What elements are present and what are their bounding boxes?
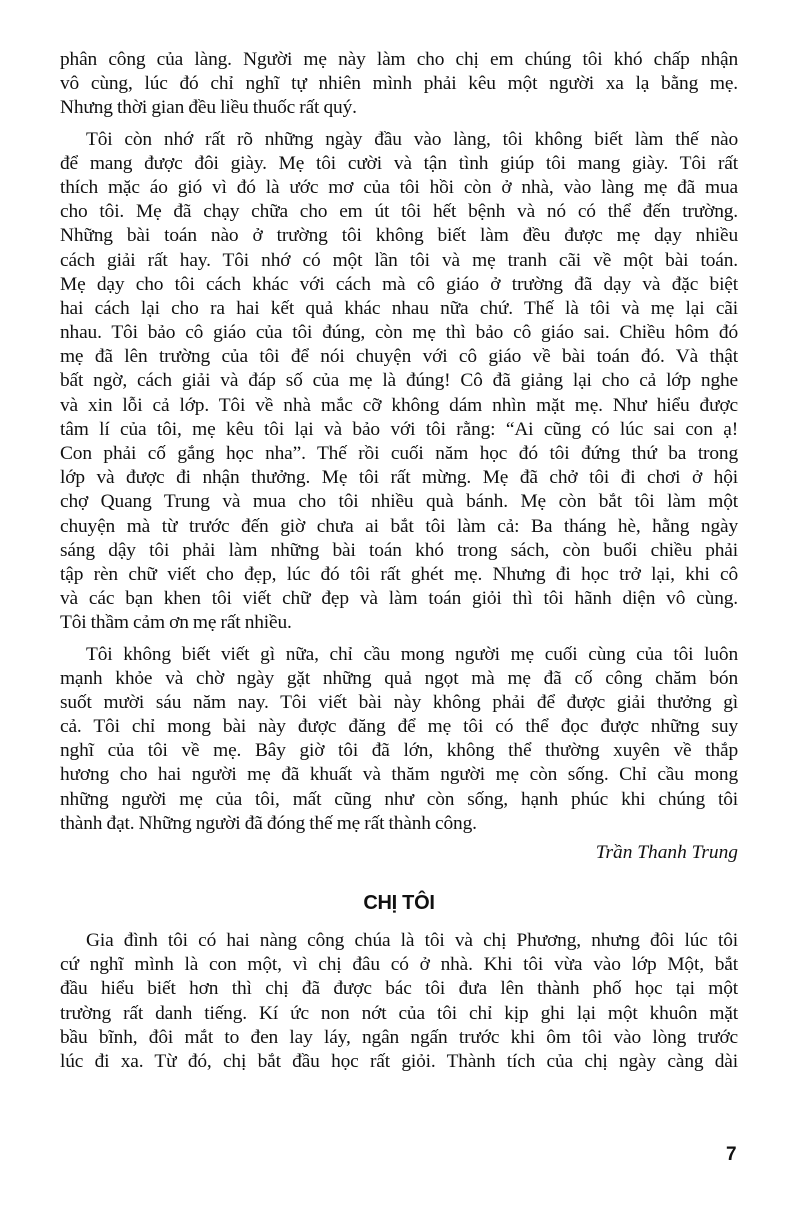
text-line: mẹ đã lên trường của tôi để nói chuyện v…	[60, 345, 738, 369]
paragraph-2: Tôi còn nhớ rất rõ những ngày đầu vào là…	[60, 128, 738, 636]
text-line: Tôi thầm cảm ơn mẹ rất nhiều.	[60, 611, 738, 635]
section-heading: CHỊ TÔI	[60, 888, 738, 918]
text-line: chợ Quang Trung và mua cho tôi nhiều quà…	[60, 490, 738, 514]
paragraph-1: phân công của làng. Người mẹ này làm cho…	[60, 48, 738, 121]
paragraph-3: Tôi không biết viết gì nữa, chỉ cầu mong…	[60, 643, 738, 837]
text-line: và xin lỗi cả lớp. Tôi về nhà mắc cỡ khô…	[60, 394, 738, 418]
text-line: thành đạt. Những người đã đóng thế mẹ rấ…	[60, 812, 738, 836]
author-signature: Trần Thanh Trung	[60, 838, 738, 868]
section-paragraph-1: Gia đình tôi có hai nàng công chúa là tô…	[60, 929, 738, 1074]
text-line: Tôi không biết viết gì nữa, chỉ cầu mong…	[60, 643, 738, 667]
text-line: tâm lí của tôi, mẹ kêu tôi lại và bảo vớ…	[60, 418, 738, 442]
text-line: lúc đi xa. Từ đó, chị bắt đầu học rất gi…	[60, 1050, 738, 1074]
text-line: Mẹ dạy cho tôi cách khác với cách mà cô …	[60, 273, 738, 297]
text-line: trường rất danh tiếng. Kí ức non nớt của…	[60, 1002, 738, 1026]
text-line: Tôi còn nhớ rất rõ những ngày đầu vào là…	[60, 128, 738, 152]
text-line: chuyện mà từ trước đến giờ chưa ai bắt t…	[60, 515, 738, 539]
text-line: cho tôi. Mẹ đã chạy chữa cho em út tôi h…	[60, 200, 738, 224]
page-number: 7	[726, 1144, 737, 1166]
text-line: cách giải rất hay. Tôi nhớ có một lần tô…	[60, 249, 738, 273]
text-line: suốt mười sáu năm nay. Tôi viết bài này …	[60, 691, 738, 715]
text-line: phân công của làng. Người mẹ này làm cho…	[60, 48, 738, 72]
text-line: hương cho hai người mẹ đã khuất và thăm …	[60, 763, 738, 787]
text-line: và các bạn khen tôi viết chữ đẹp và làm …	[60, 587, 738, 611]
text-line: sáng dậy tôi phải làm những bài toán khó…	[60, 539, 738, 563]
text-line: hai cách lại cho ra hai kết quả khác nha…	[60, 297, 738, 321]
text-line: Gia đình tôi có hai nàng công chúa là tô…	[60, 929, 738, 953]
document-page: phân công của làng. Người mẹ này làm cho…	[60, 48, 738, 1074]
text-line: lớp và được đi nhận thưởng. Mẹ tôi rất m…	[60, 466, 738, 490]
text-line: Con phải cố gắng học nha”. Thế rồi cuối …	[60, 442, 738, 466]
text-line: đầu hiểu biết hơn thì chị đã được bác tô…	[60, 977, 738, 1001]
text-line: để mang được đôi giày. Mẹ tôi cười và tậ…	[60, 152, 738, 176]
text-line: nghĩ của tôi về mẹ. Bây giờ tôi đã lớn, …	[60, 739, 738, 763]
text-line: nhau. Tôi bảo cô giáo của tôi đúng, còn …	[60, 321, 738, 345]
text-line: tập rèn chữ viết cho đẹp, lúc đó tôi rất…	[60, 563, 738, 587]
text-line: cả. Tôi chỉ mong bài này được đăng để mẹ…	[60, 715, 738, 739]
text-line: Những bài toán nào ở trường tôi không bi…	[60, 224, 738, 248]
text-line: những người mẹ của tôi, mất cũng như còn…	[60, 788, 738, 812]
text-line: bầu bĩnh, đôi mắt to đen lay láy, ngân n…	[60, 1026, 738, 1050]
text-line: mạnh khỏe và chờ ngày gặt những quả ngọt…	[60, 667, 738, 691]
text-line: thích mặc áo gió vì đó là ước mơ của tôi…	[60, 176, 738, 200]
text-line: vô cùng, lúc đó chỉ nghĩ tự nhiên mình p…	[60, 72, 738, 96]
text-line: Nhưng thời gian đều liều thuốc rất quý.	[60, 96, 738, 120]
text-line: cứ nghĩ mình là con một, vì chị đâu có ở…	[60, 953, 738, 977]
text-line: bất ngờ, cách giải và đáp số của mẹ là đ…	[60, 369, 738, 393]
